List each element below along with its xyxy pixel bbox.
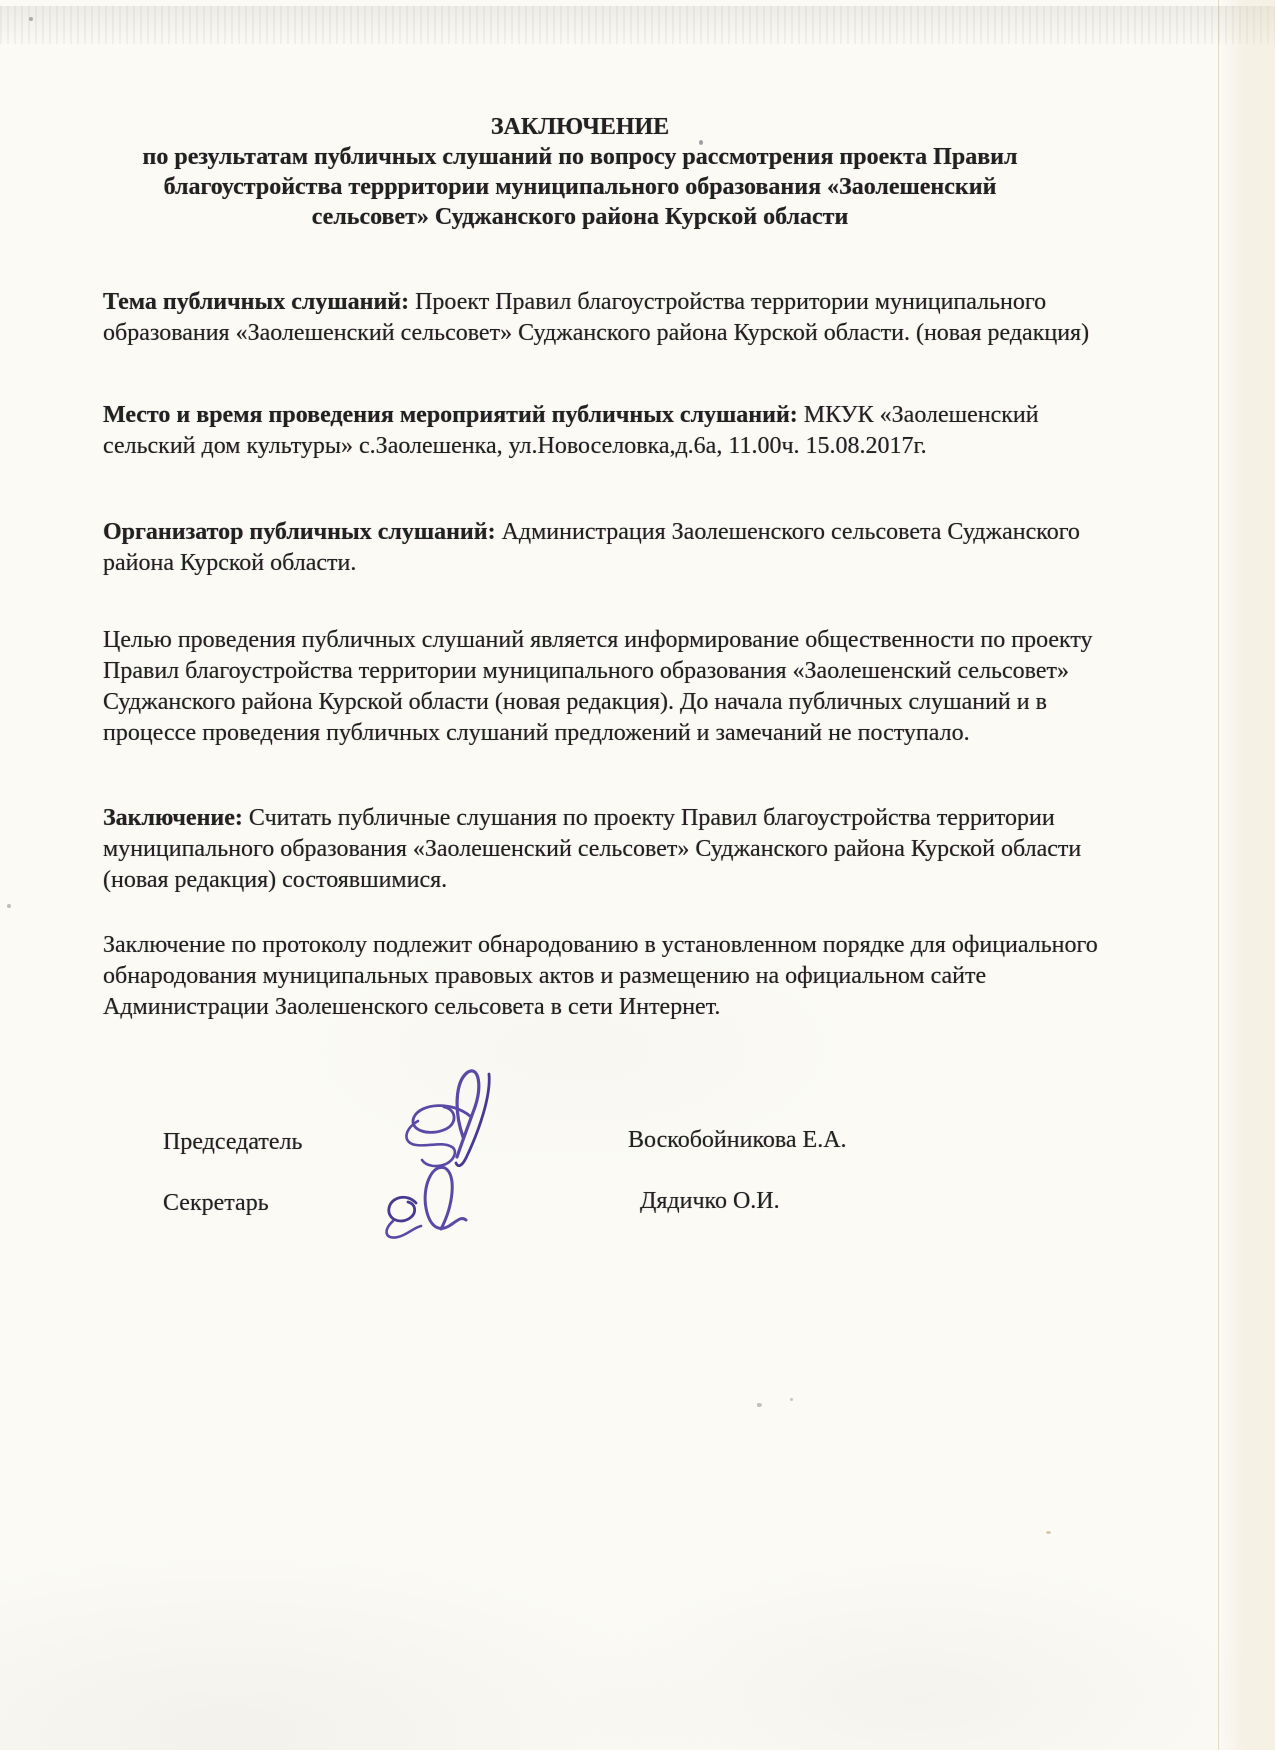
- paragraph-hearing-topic: Тема публичных слушаний: Проект Правил б…: [103, 287, 1155, 349]
- paragraph-purpose: Целью проведения публичных слушаний явля…: [103, 625, 1155, 749]
- signature-name-chairman: Воскобойникова Е.А.: [628, 1125, 847, 1156]
- signature-stroke: [387, 1221, 421, 1238]
- paragraph-place-and-time: Место и время проведения мероприятий пуб…: [103, 400, 1155, 462]
- signature-stroke: [389, 1197, 416, 1221]
- scan-speck: [1046, 1531, 1051, 1534]
- paragraph-publication: Заключение по протоколу подлежит обнарод…: [103, 930, 1155, 1023]
- paragraph-label: Организатор публичных слушаний:: [103, 519, 496, 545]
- scanned-document-page: ЗАКЛЮЧЕНИЕ по результатам публичных слуш…: [0, 0, 1275, 1750]
- scan-speck: [7, 904, 11, 908]
- paragraph-organizer: Организатор публичных слушаний: Админист…: [103, 517, 1155, 579]
- handwritten-signatures: [380, 1055, 540, 1265]
- paragraph-label: Тема публичных слушаний:: [103, 289, 409, 315]
- signature-name-secretary: Дядичко О.И.: [640, 1186, 780, 1217]
- paragraph-label: Заключение:: [103, 805, 243, 831]
- scan-speck: [757, 1403, 762, 1407]
- scan-paper-edge-strip: [1218, 0, 1275, 1750]
- signature-role-secretary: Секретарь: [163, 1188, 269, 1219]
- scan-speck: [29, 17, 33, 21]
- scan-speck: [790, 1398, 793, 1401]
- title-line-1: ЗАКЛЮЧЕНИЕ: [60, 112, 1100, 142]
- signature-stroke: [456, 1074, 489, 1166]
- paragraph-text: Целью проведения публичных слушаний явля…: [103, 627, 1093, 746]
- document-title: ЗАКЛЮЧЕНИЕ по результатам публичных слуш…: [60, 112, 1100, 232]
- scan-noise-top-band: [0, 6, 1275, 44]
- title-line-4: сельсовет» Суджанского района Курской об…: [60, 202, 1100, 232]
- signature-stroke: [425, 1167, 466, 1229]
- paragraph-label: Место и время проведения мероприятий пуб…: [103, 402, 798, 428]
- title-line-3: благоустройства террритории муниципально…: [60, 172, 1100, 202]
- paragraph-conclusion: Заключение: Считать публичные слушания п…: [103, 803, 1155, 896]
- signature-role-chairman: Председатель: [163, 1127, 302, 1158]
- paragraph-text: Заключение по протоколу подлежит обнарод…: [103, 932, 1098, 1020]
- paragraph-text: Считать публичные слушания по проекту Пр…: [103, 805, 1081, 893]
- title-line-2: по результатам публичных слушаний по воп…: [60, 142, 1100, 172]
